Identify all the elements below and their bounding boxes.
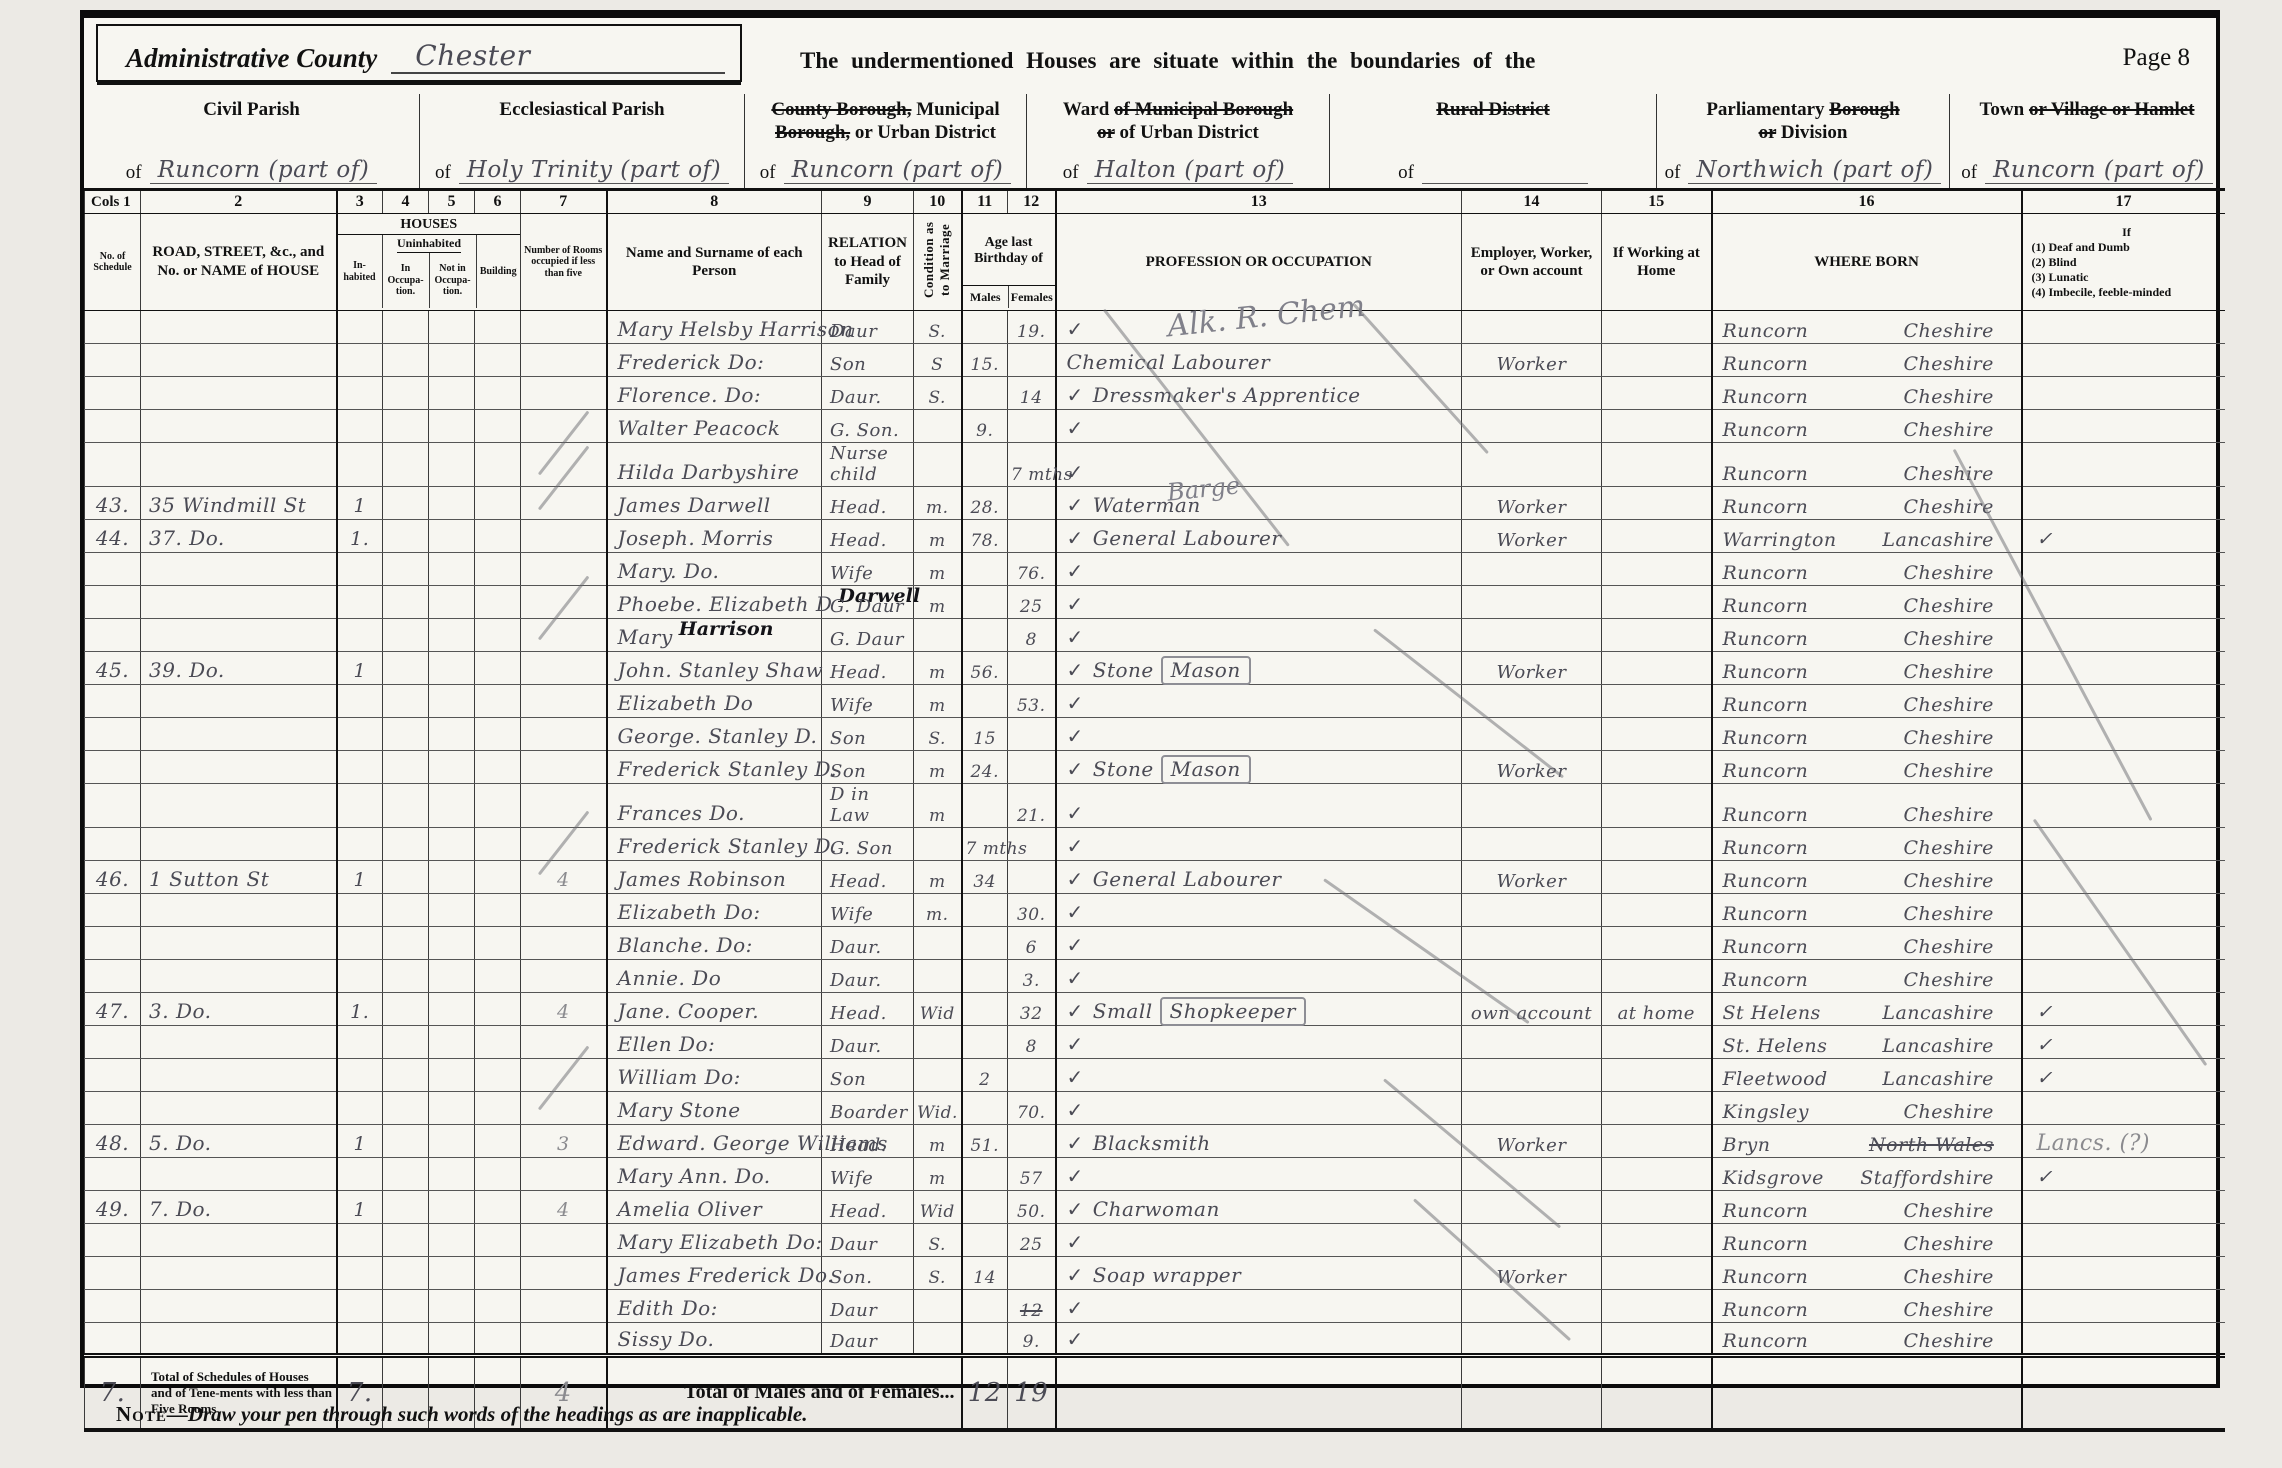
cell-rooms (521, 1158, 607, 1191)
col-num-15: 15 (1602, 190, 1712, 214)
cell-building (475, 1125, 521, 1158)
cell-age-female: 12 (1008, 1290, 1056, 1323)
cell-age-male (962, 927, 1008, 960)
cell-condition: m (914, 586, 962, 619)
cell-working-at-home (1602, 828, 1712, 861)
header-road: ROAD, STREET, &c., and No. or NAME of HO… (144, 243, 333, 281)
cell-condition: m (914, 1158, 962, 1191)
cell-schedule (85, 443, 141, 487)
cell-inhabited (337, 960, 383, 993)
cell-name: Frederick Stanley D. (607, 828, 822, 861)
cell-infirmity (2022, 960, 2225, 993)
cell-age-female (1008, 1125, 1056, 1158)
table-row: Mary. Do.Wifem76.✓RuncornCheshire (85, 553, 2225, 586)
cell-inhabited (337, 1158, 383, 1191)
column-titles-row: No. of Schedule ROAD, STREET, &c., and N… (85, 214, 2225, 311)
cell-inhabited (337, 828, 383, 861)
cell-where-born: BrynNorth Wales (1712, 1125, 2022, 1158)
cell-inhabited (337, 894, 383, 927)
cell-uninhabited-not-in-occupation (429, 751, 475, 784)
table-row: Ellen Do:Daur.8✓St. HelensLancashire✓ (85, 1026, 2225, 1059)
cell-where-born: RuncornCheshire (1712, 377, 2022, 410)
cell-uninhabited-not-in-occupation (429, 1059, 475, 1092)
cell-road (141, 311, 337, 344)
cell-uninhabited-not-in-occupation (429, 1158, 475, 1191)
cell-uninhabited-not-in-occupation (429, 553, 475, 586)
table-row: Edith Do:Daur12✓RuncornCheshire (85, 1290, 2225, 1323)
cell-relation: Daur (822, 1224, 914, 1257)
cell-occupation: ✓ (1056, 410, 1462, 443)
col-num-12: 12 (1008, 190, 1056, 214)
cell-age-male: 51. (962, 1125, 1008, 1158)
cell-uninhabited-in-occupation (383, 751, 429, 784)
cell-inhabited (337, 718, 383, 751)
header-uninhabited: Uninhabited (397, 235, 461, 253)
cell-condition: Wid (914, 993, 962, 1026)
header-schedule: No. of Schedule (88, 251, 137, 274)
cell-employment (1462, 311, 1602, 344)
cell-employment (1462, 553, 1602, 586)
cell-employment (1462, 1224, 1602, 1257)
cell-infirmity (2022, 410, 2225, 443)
cell-relation: G. Daur (822, 586, 914, 619)
cell-where-born: RuncornCheshire (1712, 311, 2022, 344)
cell-name: Elizabeth Do (607, 685, 822, 718)
cell-inhabited (337, 553, 383, 586)
table-row: James Frederick Do.Son.S.14✓Soap wrapper… (85, 1257, 2225, 1290)
cell-occupation: ✓ (1056, 553, 1462, 586)
cell-age-male (962, 311, 1008, 344)
cell-age-male (962, 784, 1008, 828)
cell-age-male: 15 (962, 718, 1008, 751)
cell-uninhabited-in-occupation (383, 1158, 429, 1191)
cell-rooms (521, 487, 607, 520)
cell-schedule (85, 718, 141, 751)
cell-building (475, 685, 521, 718)
cell-age-male (962, 993, 1008, 1026)
cell-rooms (521, 652, 607, 685)
cell-building (475, 927, 521, 960)
cell-where-born: RuncornCheshire (1712, 894, 2022, 927)
cell-road (141, 586, 337, 619)
cell-age-female: 25 (1008, 1224, 1056, 1257)
cell-employment (1462, 1059, 1602, 1092)
cell-infirmity (2022, 1224, 2225, 1257)
cell-infirmity (2022, 894, 2225, 927)
cell-employment: own account (1462, 993, 1602, 1026)
boundary-box-of: of (435, 162, 451, 184)
cell-employment (1462, 586, 1602, 619)
cell-uninhabited-not-in-occupation (429, 861, 475, 894)
col-num-1: Cols 1 (85, 190, 141, 214)
cell-name: Frances Do. (607, 784, 822, 828)
boundary-box: Ecclesiastical ParishofHoly Trinity (par… (419, 94, 744, 188)
cell-age-female: 6 (1008, 927, 1056, 960)
header-building: Building (476, 235, 521, 308)
cell-occupation: ✓ (1056, 1059, 1462, 1092)
cell-uninhabited-in-occupation (383, 1026, 429, 1059)
col-num-7: 7 (521, 190, 607, 214)
cell-where-born: RuncornCheshire (1712, 344, 2022, 377)
cell-road (141, 1026, 337, 1059)
cell-uninhabited-in-occupation (383, 311, 429, 344)
cell-rooms (521, 960, 607, 993)
col-num-11: 11 (962, 190, 1008, 214)
cell-where-born: RuncornCheshire (1712, 751, 2022, 784)
cell-occupation: ✓Blacksmith (1056, 1125, 1462, 1158)
header-males: Males (963, 286, 1009, 308)
cell-uninhabited-in-occupation (383, 1092, 429, 1125)
cell-schedule (85, 1290, 141, 1323)
cell-building (475, 1092, 521, 1125)
cell-infirmity: ✓ (2022, 520, 2225, 553)
cell-infirmity: ✓ (2022, 1026, 2225, 1059)
cell-road (141, 960, 337, 993)
cell-uninhabited-in-occupation (383, 685, 429, 718)
cell-age-male (962, 1158, 1008, 1191)
cell-relation: Head. (822, 993, 914, 1026)
cell-age-female: 25 (1008, 586, 1056, 619)
cell-schedule (85, 586, 141, 619)
cell-age-female: 76. (1008, 553, 1056, 586)
cell-where-born: RuncornCheshire (1712, 1191, 2022, 1224)
cell-rooms (521, 1026, 607, 1059)
cell-age-female: 30. (1008, 894, 1056, 927)
cell-inhabited (337, 1059, 383, 1092)
boundary-boxes: Civil ParishofRuncorn (part of)Ecclesias… (84, 94, 2224, 188)
cell-condition: S. (914, 1257, 962, 1290)
boundary-box: Parliamentary Boroughor DivisionofNorthw… (1656, 94, 1949, 188)
cell-uninhabited-in-occupation (383, 344, 429, 377)
cell-employment (1462, 894, 1602, 927)
cell-uninhabited-not-in-occupation (429, 344, 475, 377)
cell-working-at-home (1602, 652, 1712, 685)
cell-uninhabited-in-occupation (383, 1257, 429, 1290)
table-row: Florence. Do:Daur.S.14✓Dressmaker's Appr… (85, 377, 2225, 410)
cell-uninhabited-in-occupation (383, 1125, 429, 1158)
cell-where-born: RuncornCheshire (1712, 443, 2022, 487)
cell-rooms (521, 1092, 607, 1125)
cell-uninhabited-not-in-occupation (429, 1026, 475, 1059)
cell-inhabited (337, 1290, 383, 1323)
cell-working-at-home (1602, 1125, 1712, 1158)
cell-relation: D in Law (822, 784, 914, 828)
cell-road (141, 1092, 337, 1125)
cell-schedule (85, 1158, 141, 1191)
cell-infirmity (2022, 443, 2225, 487)
cell-uninhabited-not-in-occupation (429, 377, 475, 410)
cell-building (475, 520, 521, 553)
boundary-box: County Borough, MunicipalBorough, or Urb… (744, 94, 1026, 188)
cell-employment (1462, 828, 1602, 861)
boundary-box-of: of (1063, 162, 1079, 184)
boundary-box-of: of (1961, 162, 1977, 184)
cell-condition: m (914, 685, 962, 718)
cell-rooms (521, 520, 607, 553)
cell-condition: Wid. (914, 1092, 962, 1125)
cell-infirmity (2022, 344, 2225, 377)
cell-uninhabited-in-occupation (383, 1059, 429, 1092)
administrative-county-box: Administrative County Chester (96, 24, 742, 82)
cell-condition: m. (914, 894, 962, 927)
header-houses: HOUSES (338, 216, 521, 235)
cell-employment: Worker (1462, 344, 1602, 377)
boundary-box: Rural Districtof (1329, 94, 1656, 188)
cell-building (475, 1191, 521, 1224)
cell-uninhabited-not-in-occupation (429, 960, 475, 993)
cell-infirmity: ✓ (2022, 1158, 2225, 1191)
cell-where-born: RuncornCheshire (1712, 784, 2022, 828)
cell-age-female (1008, 410, 1056, 443)
cell-where-born: St HelensLancashire (1712, 993, 2022, 1026)
cell-where-born: RuncornCheshire (1712, 960, 2022, 993)
cell-working-at-home (1602, 960, 1712, 993)
cell-road (141, 894, 337, 927)
cell-age-female (1008, 718, 1056, 751)
cell-building (475, 377, 521, 410)
cell-occupation: ✓General Labourer (1056, 520, 1462, 553)
cell-relation: Head. (822, 1125, 914, 1158)
cell-uninhabited-in-occupation (383, 828, 429, 861)
cell-age-male (962, 1290, 1008, 1323)
cell-employment (1462, 927, 1602, 960)
cell-name: Mary Elizabeth Do: (607, 1224, 822, 1257)
cell-infirmity (2022, 377, 2225, 410)
cell-rooms (521, 685, 607, 718)
cell-inhabited: 1 (337, 652, 383, 685)
cell-age-male (962, 586, 1008, 619)
boundary-box-title: County Borough, MunicipalBorough, or Urb… (745, 99, 1026, 147)
cell-inhabited (337, 586, 383, 619)
cell-condition: m (914, 652, 962, 685)
cell-employment (1462, 784, 1602, 828)
cell-condition: m (914, 751, 962, 784)
cell-building (475, 553, 521, 586)
cell-uninhabited-in-occupation (383, 377, 429, 410)
cell-condition (914, 828, 962, 861)
cell-working-at-home (1602, 1158, 1712, 1191)
cell-working-at-home (1602, 344, 1712, 377)
cell-infirmity (2022, 685, 2225, 718)
cell-uninhabited-not-in-occupation (429, 993, 475, 1026)
cell-schedule (85, 1026, 141, 1059)
cell-name: Mary. Do. (607, 553, 822, 586)
cell-rooms (521, 553, 607, 586)
table-row: Blanche. Do:Daur.6✓RuncornCheshire (85, 927, 2225, 960)
cell-age-female: 21. (1008, 784, 1056, 828)
cell-working-at-home (1602, 1092, 1712, 1125)
cell-schedule: 46. (85, 861, 141, 894)
cell-where-born: KidsgroveStaffordshire (1712, 1158, 2022, 1191)
cell-rooms (521, 1323, 607, 1356)
cell-rooms (521, 927, 607, 960)
cell-relation: Daur (822, 1323, 914, 1356)
boundary-box-of: of (760, 162, 776, 184)
cell-where-born: RuncornCheshire (1712, 553, 2022, 586)
cell-age-male (962, 443, 1008, 487)
boundary-box-of: of (1398, 162, 1414, 184)
cell-where-born: RuncornCheshire (1712, 1290, 2022, 1323)
cell-building (475, 652, 521, 685)
cell-schedule (85, 410, 141, 443)
cell-infirmity (2022, 1323, 2225, 1356)
cell-condition (914, 1290, 962, 1323)
cell-inhabited (337, 784, 383, 828)
cell-employment (1462, 1092, 1602, 1125)
cell-road (141, 377, 337, 410)
cell-name: James Frederick Do. (607, 1257, 822, 1290)
cell-employment (1462, 1026, 1602, 1059)
cell-relation: Nurse child (822, 443, 914, 487)
cell-age-female (1008, 751, 1056, 784)
cell-where-born: RuncornCheshire (1712, 410, 2022, 443)
cell-employment: Worker (1462, 652, 1602, 685)
cell-relation: Wife (822, 685, 914, 718)
cell-condition: S. (914, 377, 962, 410)
cell-working-at-home (1602, 487, 1712, 520)
boundary-box-value: Runcorn (part of) (784, 157, 1012, 184)
cell-road: 35 Windmill St (141, 487, 337, 520)
cell-age-male (962, 1224, 1008, 1257)
cell-schedule (85, 828, 141, 861)
cell-infirmity (2022, 1191, 2225, 1224)
cell-condition (914, 619, 962, 652)
footer-note: Note—Draw your pen through such words of… (116, 1402, 807, 1427)
cell-name: Sissy Do. (607, 1323, 822, 1356)
cell-age-male: 15. (962, 344, 1008, 377)
cell-schedule (85, 1257, 141, 1290)
cell-occupation: ✓Stone Mason (1056, 751, 1462, 784)
cell-infirmity: ✓ (2022, 993, 2225, 1026)
cell-schedule (85, 927, 141, 960)
cell-building (475, 1290, 521, 1323)
cell-condition: m (914, 861, 962, 894)
cell-inhabited: 1. (337, 993, 383, 1026)
cell-schedule (85, 751, 141, 784)
cell-inhabited (337, 619, 383, 652)
cell-age-male (962, 894, 1008, 927)
census-rows: Mary Helsby HarrisonDaurS.19.✓Alk. R. Ch… (85, 311, 2225, 1356)
cell-rooms (521, 1224, 607, 1257)
cell-uninhabited-not-in-occupation (429, 1323, 475, 1356)
cell-age-female: 7 mths (1008, 443, 1056, 487)
header-age-group: Age last Birthday of Males Females (963, 216, 1055, 308)
cell-occupation: ✓ (1056, 718, 1462, 751)
cell-age-male (962, 619, 1008, 652)
cell-relation: Boarder (822, 1092, 914, 1125)
cell-working-at-home (1602, 1323, 1712, 1356)
cell-age-male: 78. (962, 520, 1008, 553)
cell-employment (1462, 1191, 1602, 1224)
cell-road (141, 927, 337, 960)
cell-working-at-home (1602, 311, 1712, 344)
cell-road (141, 553, 337, 586)
cell-working-at-home: at home (1602, 993, 1712, 1026)
cell-occupation: ✓Charwoman (1056, 1191, 1462, 1224)
cell-employment (1462, 619, 1602, 652)
cell-uninhabited-in-occupation (383, 1323, 429, 1356)
cell-schedule: 48. (85, 1125, 141, 1158)
cell-condition: m (914, 784, 962, 828)
cell-occupation: ✓ (1056, 1026, 1462, 1059)
table-row: George. Stanley D.SonS.15✓RuncornCheshir… (85, 718, 2225, 751)
cell-schedule (85, 960, 141, 993)
cell-building (475, 1224, 521, 1257)
cell-infirmity (2022, 311, 2225, 344)
cell-occupation: ✓WatermanBarge (1056, 487, 1462, 520)
cell-road (141, 718, 337, 751)
cell-relation: Son (822, 344, 914, 377)
cell-age-female: 9. (1008, 1323, 1056, 1356)
cell-building (475, 311, 521, 344)
cell-building (475, 718, 521, 751)
cell-building (475, 828, 521, 861)
cell-schedule: 43. (85, 487, 141, 520)
cell-schedule: 49. (85, 1191, 141, 1224)
cell-uninhabited-not-in-occupation (429, 828, 475, 861)
cell-rooms (521, 377, 607, 410)
cell-name: Amelia Oliver (607, 1191, 822, 1224)
table-row: 43.35 Windmill St1James DarwellHead.m.28… (85, 487, 2225, 520)
cell-road (141, 619, 337, 652)
cell-road (141, 1290, 337, 1323)
cell-relation: Head. (822, 520, 914, 553)
cell-name: Edith Do: (607, 1290, 822, 1323)
column-numbers-row: Cols 1 2 3 4 5 6 7 8 9 10 11 12 13 14 15… (85, 190, 2225, 214)
cell-uninhabited-not-in-occupation (429, 927, 475, 960)
cell-age-female (1008, 520, 1056, 553)
cell-uninhabited-in-occupation (383, 410, 429, 443)
cell-age-male (962, 1323, 1008, 1356)
cell-infirmity (2022, 553, 2225, 586)
cell-age-male: 56. (962, 652, 1008, 685)
cell-condition: m. (914, 487, 962, 520)
table-row: Frances Do.D in Lawm21.✓RuncornCheshire (85, 784, 2225, 828)
cell-uninhabited-in-occupation (383, 553, 429, 586)
cell-age-female: 3. (1008, 960, 1056, 993)
cell-employment (1462, 718, 1602, 751)
cell-building (475, 619, 521, 652)
cell-employment: Worker (1462, 487, 1602, 520)
boundary-box-title: Ward of Municipal Boroughor of Urban Dis… (1027, 99, 1329, 147)
page-number: Page 8 (2123, 44, 2190, 72)
table-row: 49.7. Do.14Amelia OliverHead.Wid50.✓Char… (85, 1191, 2225, 1224)
cell-name: Elizabeth Do: (607, 894, 822, 927)
header-not-in-occupation: Not in Occupa-tion. (429, 253, 476, 308)
cell-condition: S. (914, 1224, 962, 1257)
cell-relation: Son. (822, 1257, 914, 1290)
cell-building (475, 344, 521, 377)
cell-age-male (962, 553, 1008, 586)
cell-age-male: 9. (962, 410, 1008, 443)
cell-uninhabited-in-occupation (383, 520, 429, 553)
cell-name: Mary Stone (607, 1092, 822, 1125)
cell-building (475, 1158, 521, 1191)
cell-where-born: RuncornCheshire (1712, 1224, 2022, 1257)
table-row: Frederick Stanley D.G. Son7 mths✓Runcorn… (85, 828, 2225, 861)
col-num-3: 3 (337, 190, 383, 214)
boundary-box-value: Holy Trinity (part of) (459, 157, 729, 184)
cell-inhabited (337, 1026, 383, 1059)
cell-employment (1462, 960, 1602, 993)
cell-inhabited (337, 927, 383, 960)
cell-condition (914, 1059, 962, 1092)
header-in-occupation: In Occupa-tion. (383, 253, 429, 308)
cell-building (475, 443, 521, 487)
col-num-4: 4 (383, 190, 429, 214)
cell-occupation: ✓ (1056, 1158, 1462, 1191)
cell-building (475, 586, 521, 619)
